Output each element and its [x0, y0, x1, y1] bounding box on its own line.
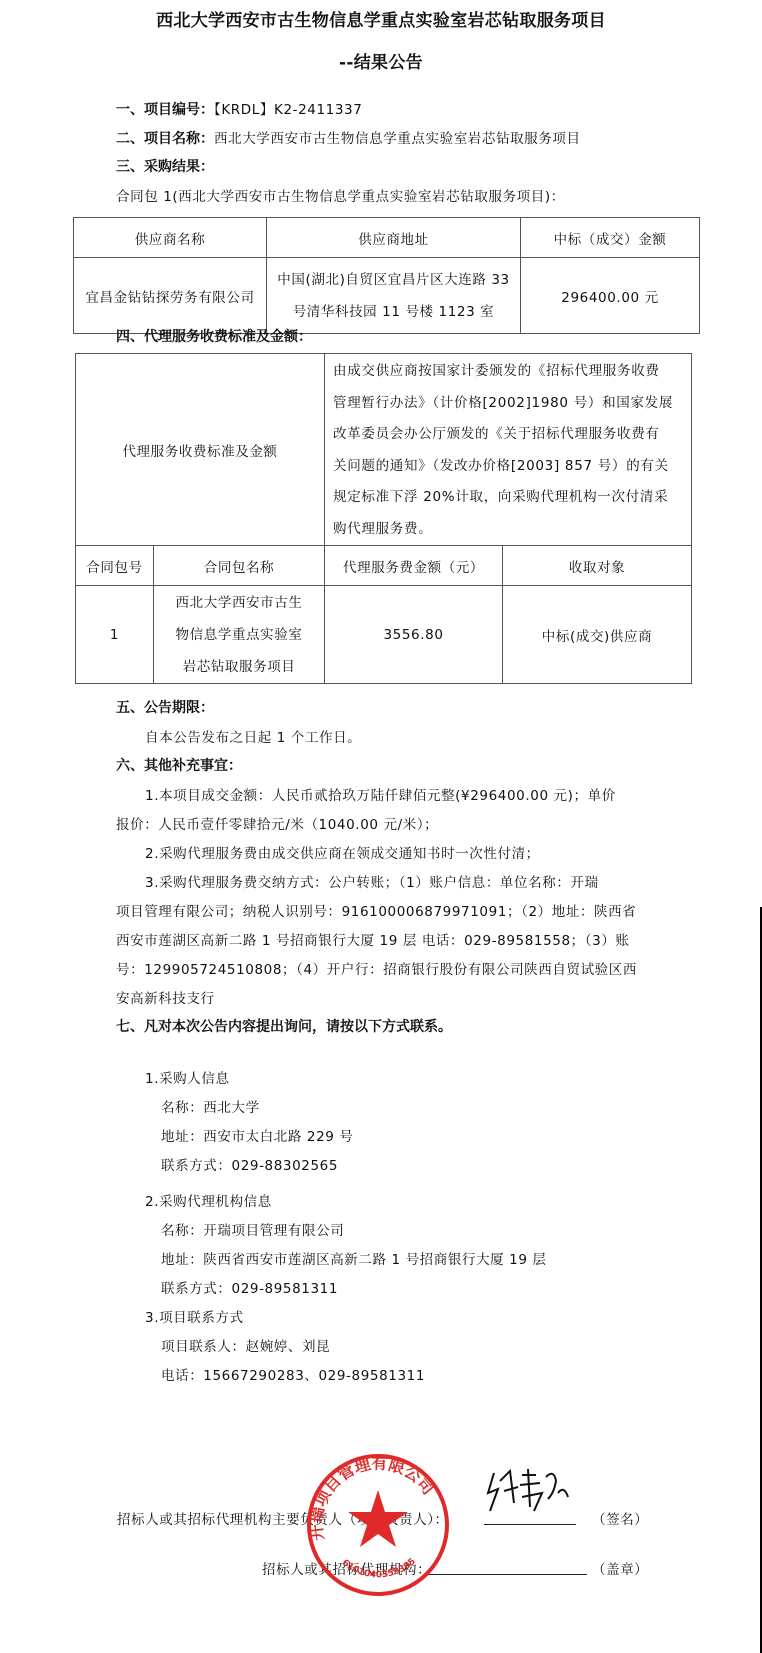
supplementary-line: 1.本项目成交金额：人民币贰拾玖万陆仟肆佰元整(¥296400.00 元)；单价 [145, 784, 616, 804]
package-name: 西北大学西安市古生 物信息学重点实验室 岩芯钻取服务项目 [154, 586, 325, 684]
document-subtitle: --结果公告 [0, 48, 762, 73]
purchaser-contact: 联系方式：029-88302565 [161, 1154, 338, 1174]
supplier-address-line1: 中国(湖北)自贸区宜昌片区大连路 33 [267, 264, 520, 296]
supplementary-line: 号：129905724510808；（4）开户行：招商银行股份有限公司陕西自贸试… [116, 958, 637, 978]
sign-suffix: （签名） [592, 1508, 648, 1528]
project-number-label: 一、项目编号： [116, 102, 214, 118]
agency-name: 名称：开瑞项目管理有限公司 [161, 1219, 344, 1239]
package-no-header: 合同包号 [76, 546, 154, 586]
purchaser-address: 地址：西安市太白北路 229 号 [161, 1125, 353, 1145]
agency-contact: 联系方式：029-89581311 [161, 1277, 338, 1297]
project-name-value: 西北大学西安市古生物信息学重点实验室岩芯钻取服务项目 [214, 131, 581, 147]
payer: 中标(成交)供应商 [503, 586, 692, 684]
fee-amount: 3556.80 [325, 586, 503, 684]
package-name-header: 合同包名称 [154, 546, 325, 586]
project-name-line: 二、项目名称：西北大学西安市古生物信息学重点实验室岩芯钻取服务项目 [116, 127, 581, 148]
supplementary-line: 3.采购代理服务费交纳方式：公户转账；（1）账户信息：单位名称：开瑞 [145, 871, 599, 891]
package-name-line: 物信息学重点实验室 [154, 619, 324, 651]
supplier-table: 供应商名称 供应商地址 中标（成交）金额 宜昌金钻钻探劳务有限公司 中国(湖北)… [73, 217, 700, 334]
fee-desc-line: 管理暂行办法》（计价格[2002]1980 号）和国家发展 [333, 388, 687, 420]
document-title: 西北大学西安市古生物信息学重点实验室岩芯钻取服务项目 [0, 6, 762, 31]
agency-fee-heading: 四、代理服务收费标准及金额： [116, 326, 312, 346]
package-name-line: 岩芯钻取服务项目 [154, 651, 324, 683]
contact-heading: 七、凡对本次公告内容提出询问，请按以下方式联系。 [116, 1016, 452, 1036]
procurement-result-heading: 三、采购结果： [116, 156, 214, 176]
supplementary-heading: 六、其他补充事宜： [116, 755, 242, 775]
package-line: 合同包 1(西北大学西安市古生物信息学重点实验室岩芯钻取服务项目)： [116, 185, 565, 205]
fee-desc-line: 改革委员会办公厅颁发的《关于招标代理服务收费有 [333, 419, 687, 451]
supplier-address-header: 供应商地址 [267, 218, 521, 258]
fee-standard-description: 由成交供应商按国家计委颁发的《招标代理服务收费 管理暂行办法》（计价格[2002… [325, 354, 692, 546]
supplier-address-line2: 号清华科技园 11 号楼 1123 室 [267, 296, 520, 328]
fee-amount-header: 代理服务费金额（元） [325, 546, 503, 586]
supplementary-line: 2.采购代理服务费由成交供应商在领成交通知书时一次性付清； [145, 842, 540, 862]
winning-amount: 296400.00 元 [521, 258, 700, 334]
fee-desc-line: 由成交供应商按国家计委颁发的《招标代理服务收费 [333, 356, 687, 388]
project-name-label: 二、项目名称： [116, 131, 214, 147]
agency-address: 地址：陕西省西安市莲湖区高新二路 1 号招商银行大厦 19 层 [161, 1248, 547, 1268]
fee-desc-line: 购代理服务费。 [333, 514, 687, 546]
supplementary-line: 西安市莲湖区高新二路 1 号招商银行大厦 19 层 电话：029-8958155… [116, 929, 630, 949]
payer-header: 收取对象 [503, 546, 692, 586]
project-number-line: 一、项目编号：【KRDL】K2-2411337 [116, 98, 362, 119]
fee-standard-label: 代理服务收费标准及金额 [76, 354, 325, 546]
supplementary-line: 项目管理有限公司；纳税人识别号：916100006879971091；（2）地址… [116, 900, 636, 920]
handwritten-signature-icon [484, 1463, 580, 1519]
signature-line [484, 1524, 576, 1525]
package-name-line: 西北大学西安市古生 [154, 587, 324, 619]
agency-fee-table: 代理服务收费标准及金额 由成交供应商按国家计委颁发的《招标代理服务收费 管理暂行… [75, 353, 692, 684]
project-contact-phone: 电话：15667290283、029-89581311 [161, 1364, 425, 1384]
seal-suffix: （盖章） [592, 1558, 648, 1578]
supplier-name: 宜昌金钻钻探劳务有限公司 [74, 258, 267, 334]
project-number-value: 【KRDL】K2-2411337 [214, 102, 362, 118]
supplier-name-header: 供应商名称 [74, 218, 267, 258]
announcement-period-text: 自本公告发布之日起 1 个工作日。 [145, 726, 361, 746]
purchaser-name: 名称：西北大学 [161, 1096, 260, 1116]
agency-heading: 2.采购代理机构信息 [145, 1190, 272, 1210]
package-no: 1 [76, 586, 154, 684]
purchaser-heading: 1.采购人信息 [145, 1067, 230, 1087]
svg-text:6101040359395: 6101040359395 [340, 1557, 418, 1581]
fee-desc-line: 规定标准下浮 20%计取，向采购代理机构一次付清采 [333, 482, 687, 514]
supplier-address: 中国(湖北)自贸区宜昌片区大连路 33 号清华科技园 11 号楼 1123 室 [267, 258, 521, 334]
project-contact-heading: 3.项目联系方式 [145, 1306, 244, 1326]
company-seal-icon: 开瑞项目管理有限公司 6101040359395 [305, 1452, 451, 1598]
fee-desc-line: 关问题的通知》（发改办价格[2003] 857 号）的有关 [333, 451, 687, 483]
table-row: 宜昌金钻钻探劳务有限公司 中国(湖北)自贸区宜昌片区大连路 33 号清华科技园 … [74, 258, 700, 334]
table-row: 1 西北大学西安市古生 物信息学重点实验室 岩芯钻取服务项目 3556.80 中… [76, 586, 692, 684]
announcement-period-heading: 五、公告期限： [116, 697, 214, 717]
project-contact-persons: 项目联系人：赵婉婷、刘昆 [161, 1335, 330, 1355]
supplementary-line: 安高新科技支行 [116, 987, 215, 1007]
winning-amount-header: 中标（成交）金额 [521, 218, 700, 258]
supplementary-line: 报价：人民币壹仟零肆拾元/米（1040.00 元/米）； [116, 813, 438, 833]
